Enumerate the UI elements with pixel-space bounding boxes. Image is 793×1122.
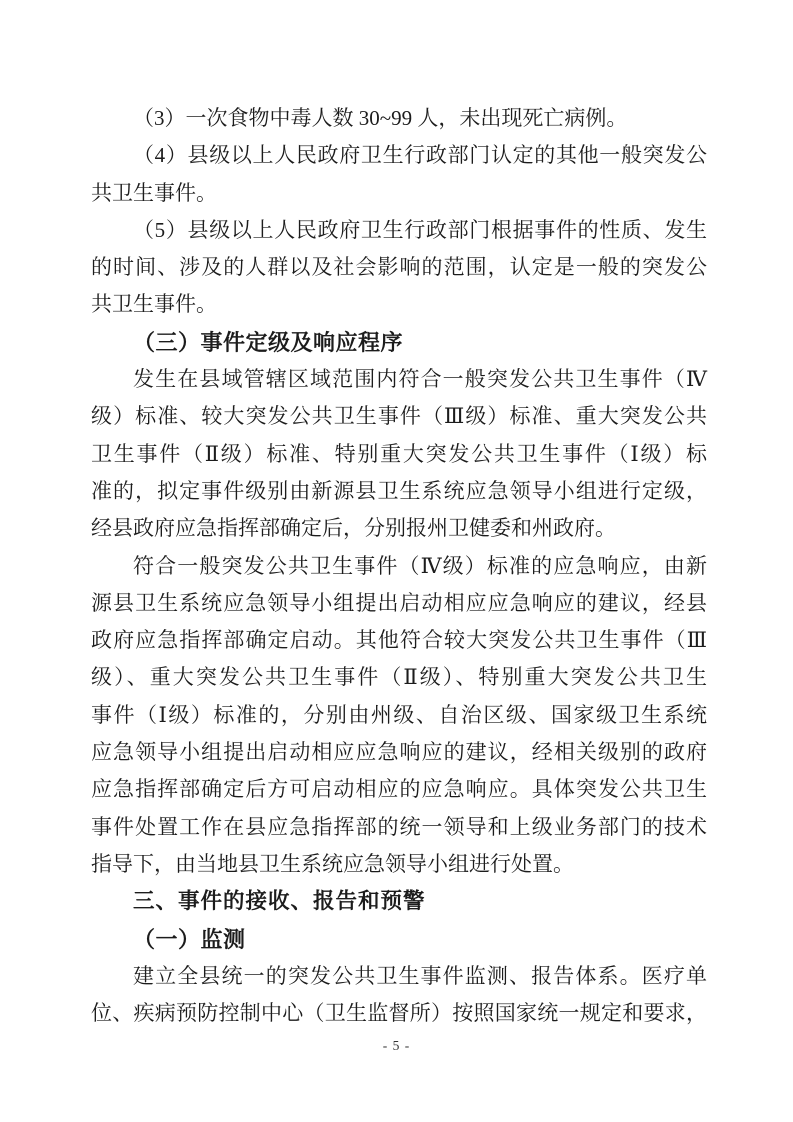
heading-section-grading-response: （三）事件定级及响应程序 (91, 324, 707, 361)
heading-chapter-receive-report-warning: 三、事件的接收、报告和预警 (91, 883, 707, 920)
body-line: 应急领导小组提出启动相应应急响应的建议，经相关级别的政府 (91, 734, 707, 771)
body-line: 共卫生事件。 (91, 286, 707, 323)
page-number: - 5 - (0, 1038, 793, 1054)
body-line: 经县政府应急指挥部确定后，分别报州卫健委和州政府。 (91, 510, 707, 547)
body-line: 级）标准、较大突发公共卫生事件（Ⅲ级）标准、重大突发公共 (91, 398, 707, 435)
body-line: 的时间、涉及的人群以及社会影响的范围，认定是一般的突发公 (91, 249, 707, 286)
body-line: 政府应急指挥部确定启动。其他符合较大突发公共卫生事件（Ⅲ (91, 622, 707, 659)
body-line: 发生在县域管辖区域范围内符合一般突发公共卫生事件（Ⅳ (91, 361, 707, 398)
body-line: 共卫生事件。 (91, 175, 707, 212)
body-line-item-4: （4）县级以上人民政府卫生行政部门认定的其他一般突发公 (91, 137, 707, 174)
body-line-item-3: （3）一次食物中毒人数 30~99 人，未出现死亡病例。 (91, 100, 707, 137)
body-line: 源县卫生系统应急领导小组提出启动相应应急响应的建议，经县 (91, 585, 707, 622)
body-line: 应急指挥部确定后方可启动相应的应急响应。具体突发公共卫生 (91, 771, 707, 808)
body-line: 卫生事件（Ⅱ级）标准、特别重大突发公共卫生事件（Ⅰ级）标 (91, 436, 707, 473)
body-line: 位、疾病预防控制中心（卫生监督所）按照国家统一规定和要求， (91, 995, 707, 1032)
body-line: 指导下，由当地县卫生系统应急领导小组进行处置。 (91, 846, 707, 883)
heading-section-monitoring: （一）监测 (91, 921, 707, 958)
body-line: 级）、重大突发公共卫生事件（Ⅱ级）、特别重大突发公共卫生 (91, 659, 707, 696)
document-page: （3）一次食物中毒人数 30~99 人，未出现死亡病例。 （4）县级以上人民政府… (0, 0, 793, 1122)
body-line-item-5: （5）县级以上人民政府卫生行政部门根据事件的性质、发生 (91, 212, 707, 249)
body-line: 准的，拟定事件级别由新源县卫生系统应急领导小组进行定级， (91, 473, 707, 510)
body-line: 符合一般突发公共卫生事件（Ⅳ级）标准的应急响应，由新 (91, 548, 707, 585)
body-line: 建立全县统一的突发公共卫生事件监测、报告体系。医疗单 (91, 958, 707, 995)
document-body: （3）一次食物中毒人数 30~99 人，未出现死亡病例。 （4）县级以上人民政府… (91, 100, 707, 1032)
body-line: 事件处置工作在县应急指挥部的统一领导和上级业务部门的技术 (91, 809, 707, 846)
body-line: 事件（Ⅰ级）标准的，分别由州级、自治区级、国家级卫生系统 (91, 697, 707, 734)
